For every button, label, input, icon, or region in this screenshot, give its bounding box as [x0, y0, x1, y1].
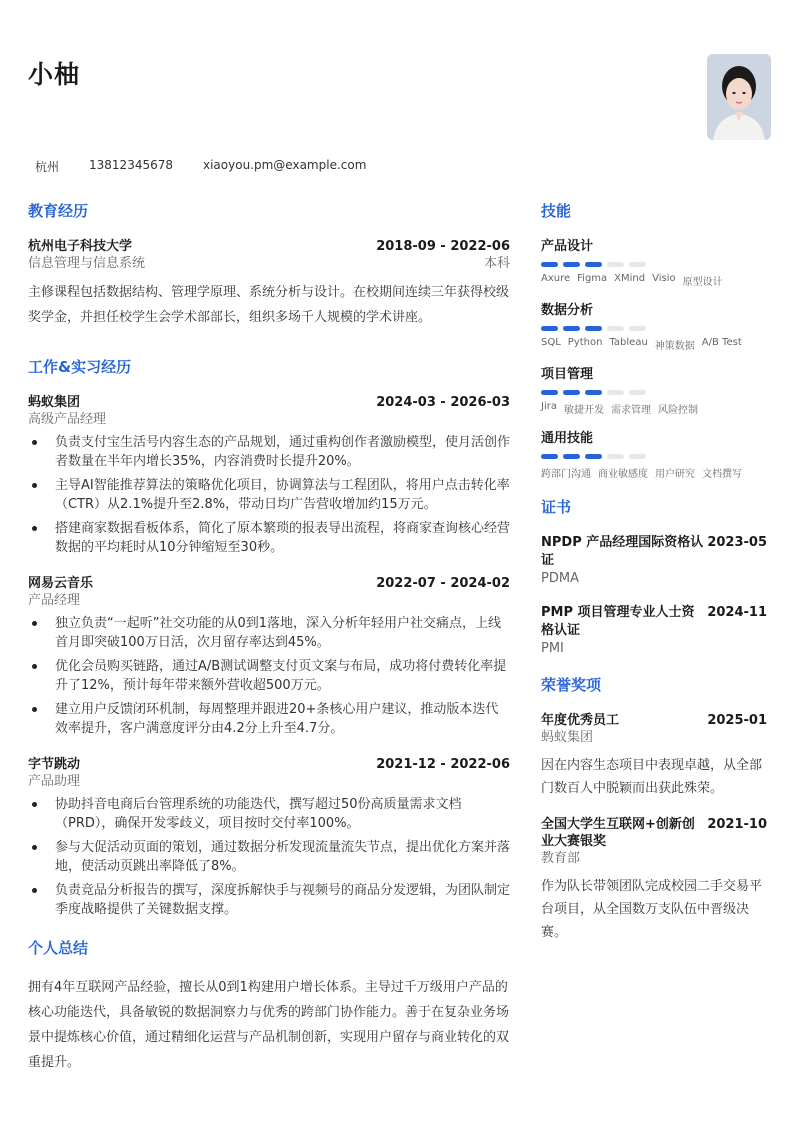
skill-tag: 用户研究 — [655, 465, 695, 480]
skill-tag: Python — [568, 337, 603, 352]
skill-tag: Jira — [541, 401, 557, 416]
section-title-education: 教育经历 — [28, 200, 510, 222]
job-date: 2021-12 - 2022-06 — [376, 756, 510, 773]
candidate-name: 小柚 — [28, 55, 80, 91]
skills-section: 技能 产品设计 Axure Figma XMind Visio 原型设计 数据分… — [541, 200, 767, 480]
certificates-section: 证书 NPDP 产品经理国际资格认证 2023-05 PDMA PMP 项目管理… — [541, 496, 767, 658]
education-section: 教育经历 杭州电子科技大学 2018-09 - 2022-06 信息管理与信息系… — [28, 200, 510, 330]
job-bullet: 负责竞品分析报告的撰写，深度拆解快手与视频号的商品分发逻辑，为团队制定季度战略提… — [28, 881, 510, 919]
award-description: 因在内容生态项目中表现卓越，从全部门数百人中脱颖而出获此殊荣。 — [541, 754, 767, 800]
work-section: 工作&实习经历 蚂蚁集团 2024-03 - 2026-03 高级产品经理 负责… — [28, 356, 510, 919]
cert-date: 2024-11 — [707, 604, 767, 621]
cert-issuer: PMI — [541, 640, 767, 658]
education-date: 2018-09 - 2022-06 — [376, 238, 510, 255]
skill-level-bar — [541, 262, 767, 267]
skill-name: 项目管理 — [541, 366, 767, 384]
skill-tag: 跨部门沟通 — [541, 465, 591, 480]
award-name: 年度优秀员工 — [541, 712, 619, 729]
skill-level-bar — [541, 390, 767, 395]
skill-name: 数据分析 — [541, 302, 767, 320]
job-bullet: 独立负责“一起听”社交功能的从0到1落地，深入分析年轻用户社交痛点，上线首月即突… — [28, 614, 510, 652]
job-bullet: 主导AI智能推荐算法的策略优化项目，协调算法与工程团队，将用户点击转化率（CTR… — [28, 476, 510, 514]
skill-tag: XMind — [614, 273, 645, 288]
skill-name: 产品设计 — [541, 238, 767, 256]
major: 信息管理与信息系统 — [28, 255, 145, 272]
award-name: 全国大学生互联网+创新创业大赛银奖 — [541, 816, 707, 850]
skill-tag: 商业敏感度 — [598, 465, 648, 480]
award-item: 全国大学生互联网+创新创业大赛银奖 2021-10 教育部 作为队长带领团队完成… — [541, 816, 767, 944]
skill-tag: 原型设计 — [683, 273, 723, 288]
job-date: 2022-07 - 2024-02 — [376, 575, 510, 592]
skill-tag: 风险控制 — [658, 401, 698, 416]
skill-level-bar — [541, 326, 767, 331]
job-bullet: 参与大促活动页面的策划，通过数据分析发现流量流失节点，提出优化方案并落地，使活动… — [28, 838, 510, 876]
award-date: 2021-10 — [707, 816, 767, 833]
contact-city: 杭州 — [35, 158, 59, 175]
summary-text: 拥有4年互联网产品经验，擅长从0到1构建用户增长体系。主导过千万级用户产品的核心… — [28, 975, 510, 1075]
skill-tag: Visio — [652, 273, 676, 288]
job-bullet: 协助抖音电商后台管理系统的功能迭代，撰写超过50份高质量需求文档（PRD），确保… — [28, 795, 510, 833]
skill-tag: 敏捷开发 — [564, 401, 604, 416]
skill-tag: A/B Test — [702, 337, 742, 352]
job-date: 2024-03 - 2026-03 — [376, 394, 510, 411]
cert-name: PMP 项目管理专业人士资格认证 — [541, 604, 707, 640]
skill-tag: Axure — [541, 273, 570, 288]
skill-item: 产品设计 Axure Figma XMind Visio 原型设计 — [541, 238, 767, 288]
skill-item: 通用技能 跨部门沟通 商业敏感度 用户研究 文档撰写 — [541, 430, 767, 480]
section-title-awards: 荣誉奖项 — [541, 674, 767, 696]
job-entry: 网易云音乐 2022-07 - 2024-02 产品经理 独立负责“一起听”社交… — [28, 575, 510, 738]
main-column: 教育经历 杭州电子科技大学 2018-09 - 2022-06 信息管理与信息系… — [28, 200, 510, 1075]
skill-level-bar — [541, 454, 767, 459]
skill-tag: 神策数据 — [655, 337, 695, 352]
award-date: 2025-01 — [707, 712, 767, 729]
cert-issuer: PDMA — [541, 570, 767, 588]
skill-tag: Tableau — [609, 337, 647, 352]
cert-name: NPDP 产品经理国际资格认证 — [541, 534, 707, 570]
skill-tag: Figma — [577, 273, 607, 288]
contact-email[interactable]: xiaoyou.pm@example.com — [203, 158, 366, 175]
job-bullet: 建立用户反馈闭环机制，每周整理并跟进20+条核心用户建议，推动版本迭代效率提升，… — [28, 700, 510, 738]
section-title-summary: 个人总结 — [28, 937, 510, 959]
job-role: 高级产品经理 — [28, 411, 510, 428]
school-name: 杭州电子科技大学 — [28, 238, 132, 255]
award-org: 教育部 — [541, 850, 767, 867]
job-bullet: 搭建商家数据看板体系，简化了原本繁琐的报表导出流程，将商家查询核心经营数据的平均… — [28, 519, 510, 557]
avatar-photo — [707, 54, 771, 140]
company-name: 蚂蚁集团 — [28, 394, 80, 411]
job-entry: 蚂蚁集团 2024-03 - 2026-03 高级产品经理 负责支付宝生活号内容… — [28, 394, 510, 557]
section-title-work: 工作&实习经历 — [28, 356, 510, 378]
portrait-icon — [707, 54, 771, 140]
company-name: 字节跳动 — [28, 756, 80, 773]
award-org: 蚂蚁集团 — [541, 729, 767, 746]
awards-section: 荣誉奖项 年度优秀员工 2025-01 蚂蚁集团 因在内容生态项目中表现卓越，从… — [541, 674, 767, 944]
summary-section: 个人总结 拥有4年互联网产品经验，擅长从0到1构建用户增长体系。主导过千万级用户… — [28, 937, 510, 1075]
section-title-certs: 证书 — [541, 496, 767, 518]
company-name: 网易云音乐 — [28, 575, 93, 592]
skill-tag: SQL — [541, 337, 561, 352]
cert-date: 2023-05 — [707, 534, 767, 551]
contact-info: 杭州 13812345678 xiaoyou.pm@example.com — [35, 158, 366, 175]
skill-tag: 需求管理 — [611, 401, 651, 416]
job-bullet: 优化会员购买链路，通过A/B测试调整支付页文案与布局，成功将付费转化率提升了12… — [28, 657, 510, 695]
skill-tag: 文档撰写 — [702, 465, 742, 480]
education-description: 主修课程包括数据结构、管理学原理、系统分析与设计。在校期间连续三年获得校级奖学金… — [28, 280, 510, 330]
skill-item: 数据分析 SQL Python Tableau 神策数据 A/B Test — [541, 302, 767, 352]
award-item: 年度优秀员工 2025-01 蚂蚁集团 因在内容生态项目中表现卓越，从全部门数百… — [541, 712, 767, 800]
award-description: 作为队长带领团队完成校园二手交易平台项目，从全国数万支队伍中晋级决赛。 — [541, 875, 767, 944]
section-title-skills: 技能 — [541, 200, 767, 222]
job-entry: 字节跳动 2021-12 - 2022-06 产品助理 协助抖音电商后台管理系统… — [28, 756, 510, 919]
contact-phone[interactable]: 13812345678 — [89, 158, 173, 175]
job-role: 产品经理 — [28, 592, 510, 609]
skill-name: 通用技能 — [541, 430, 767, 448]
side-column: 技能 产品设计 Axure Figma XMind Visio 原型设计 数据分… — [541, 200, 767, 960]
job-bullet: 负责支付宝生活号内容生态的产品规划，通过重构创作者激励模型，使月活创作者数量在半… — [28, 433, 510, 471]
cert-item: PMP 项目管理专业人士资格认证 2024-11 PMI — [541, 604, 767, 658]
job-role: 产品助理 — [28, 773, 510, 790]
degree: 本科 — [484, 255, 510, 272]
cert-item: NPDP 产品经理国际资格认证 2023-05 PDMA — [541, 534, 767, 588]
skill-item: 项目管理 Jira 敏捷开发 需求管理 风险控制 — [541, 366, 767, 416]
